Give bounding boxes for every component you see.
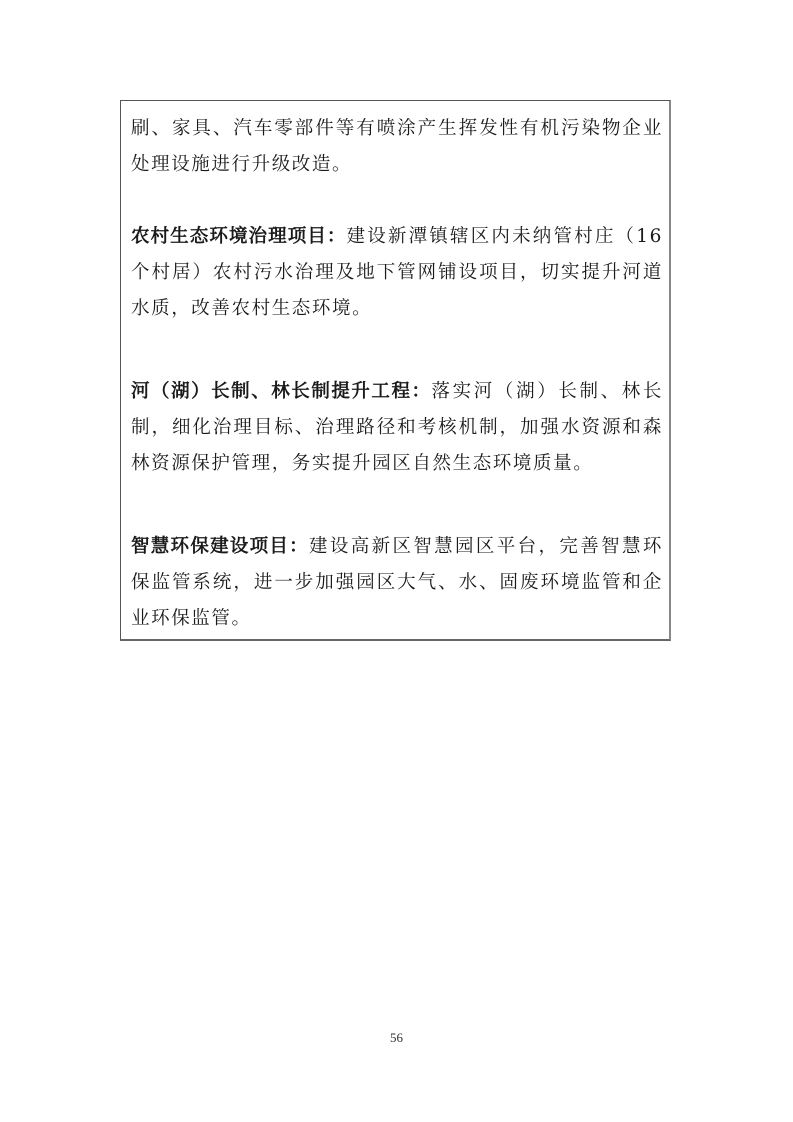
paragraph-title: 河（湖）长制、林长制提升工程： bbox=[131, 381, 432, 402]
paragraph-rural-ecology: 农村生态环境治理项目：建设新潭镇辖区内未纳管村庄（16个村居）农村污水治理及地下… bbox=[131, 219, 663, 327]
paragraph-title: 农村生态环境治理项目： bbox=[131, 226, 347, 247]
paragraph-body: 刷、家具、汽车零部件等有喷涂产生挥发性有机污染物企业处理设施进行升级改造。 bbox=[131, 118, 663, 175]
paragraph-continuation: 刷、家具、汽车零部件等有喷涂产生挥发性有机污染物企业处理设施进行升级改造。 bbox=[131, 111, 663, 183]
content-table-cell: 刷、家具、汽车零部件等有喷涂产生挥发性有机污染物企业处理设施进行升级改造。 农村… bbox=[120, 100, 671, 641]
paragraph-smart-env: 智慧环保建设项目：建设高新区智慧园区平台，完善智慧环保监管系统，进一步加强园区大… bbox=[131, 529, 663, 637]
paragraph-river-chief: 河（湖）长制、林长制提升工程：落实河（湖）长制、林长制，细化治理目标、治理路径和… bbox=[131, 374, 663, 482]
paragraph-title: 智慧环保建设项目： bbox=[131, 536, 309, 557]
page-number: 56 bbox=[0, 1030, 793, 1046]
